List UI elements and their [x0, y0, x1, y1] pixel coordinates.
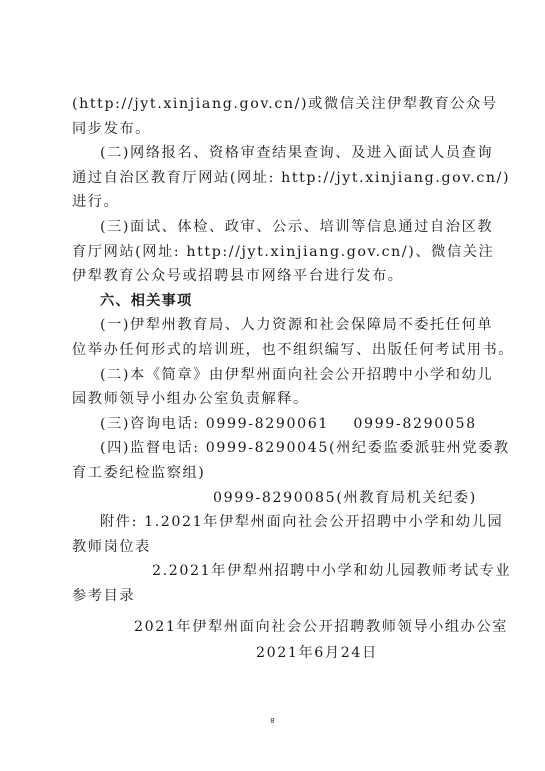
paragraph-start-line: (一)伊犁州教育局、人力资源和社会保障局不委托任何单 — [72, 313, 474, 338]
supervision-phone-line-2: 0999-8290085(州教育局机关纪委) — [72, 486, 474, 511]
section-heading: 六、相关事项 — [72, 289, 474, 314]
text-line: 园教师领导小组办公室负责解释。 — [72, 387, 474, 412]
text-line: 伊犁教育公众号或招聘县市网络平台进行发布。 — [72, 264, 474, 289]
text-line: 进行。 — [72, 190, 474, 215]
paragraph-start-line: (三)面试、体检、政审、公示、培训等信息通过自治区教 — [72, 215, 474, 240]
text-line: 通过自治区教育厅网站(网址: http://jyt.xinjiang.gov.c… — [72, 166, 474, 191]
signature-date: 2021年6月24日 — [134, 640, 474, 666]
attachment-2-line: 2.2021年伊犁州招聘中小学和幼儿园教师考试专业 — [72, 559, 474, 584]
document-page: (http://jyt.xinjiang.gov.cn/)或微信关注伊犁教育公众… — [0, 0, 545, 771]
text-line: 位举办任何形式的培训班，也不组织编写、出版任何考试用书。 — [72, 338, 474, 363]
text-line: 参考目录 — [72, 584, 474, 609]
text-line: 同步发布。 — [72, 117, 474, 142]
supervision-phone-line: (四)监督电话: 0999-8290045(州纪委监委派驻州党委教 — [72, 436, 474, 461]
text-line: 育工委纪检监察组) — [72, 461, 474, 486]
signature-block: 2021年伊犁州面向社会公开招聘教师领导小组办公室 2021年6月24日 — [134, 614, 474, 666]
text-line: (http://jyt.xinjiang.gov.cn/)或微信关注伊犁教育公众… — [72, 92, 474, 117]
consult-phone-line: (三)咨询电话: 0999-8290061 0999-8290058 — [72, 412, 474, 437]
document-body: (http://jyt.xinjiang.gov.cn/)或微信关注伊犁教育公众… — [72, 92, 474, 608]
text-line: 育厅网站(网址: http://jyt.xinjiang.gov.cn/)、微信… — [72, 240, 474, 265]
paragraph-start-line: (二)网络报名、资格审查结果查询、及进入面试人员查询 — [72, 141, 474, 166]
attachment-1-line: 附件: 1.2021年伊犁州面向社会公开招聘中小学和幼儿园 — [72, 510, 474, 535]
signature-organization: 2021年伊犁州面向社会公开招聘教师领导小组办公室 — [134, 614, 474, 640]
text-line: 教师岗位表 — [72, 535, 474, 560]
page-number: 8 — [0, 717, 545, 725]
paragraph-start-line: (二)本《简章》由伊犁州面向社会公开招聘中小学和幼儿 — [72, 363, 474, 388]
